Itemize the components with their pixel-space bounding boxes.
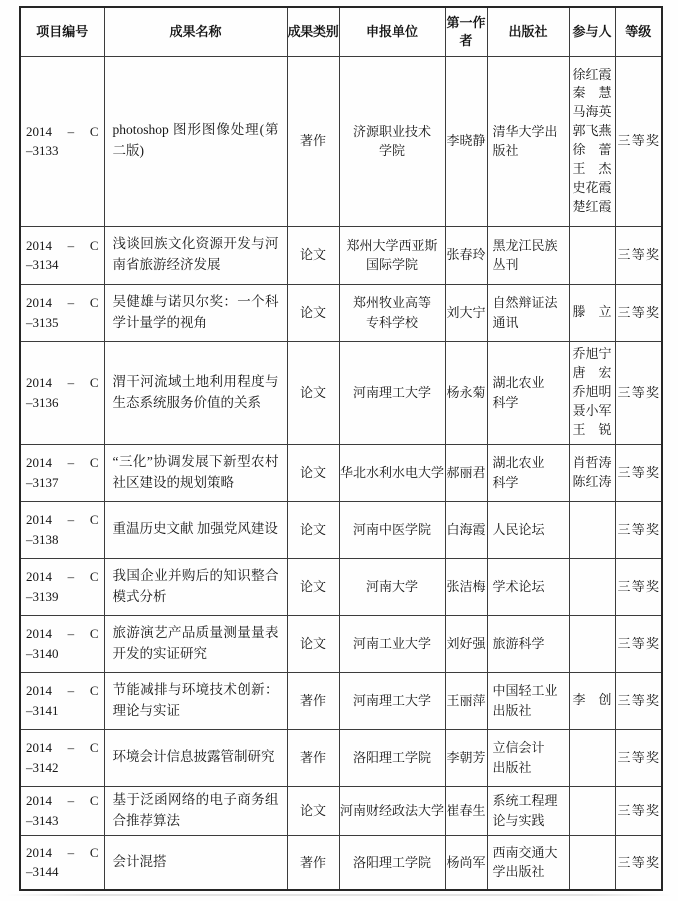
participant-name: 李创 xyxy=(572,691,613,710)
declaring-unit-cell: 河南中医学院 xyxy=(339,501,445,558)
achievement-name-cell: 吴健雄与诺贝尔奖：一个科学计量学的视角 xyxy=(104,284,287,341)
project-code-cell: 2014 – C –3144 xyxy=(20,835,104,890)
project-code-cell: 2014 – C –3140 xyxy=(20,615,104,672)
project-code-line2: –3144 xyxy=(26,862,99,882)
project-code-line1: 2014 – C xyxy=(26,681,99,701)
table-row: 2014 – C –3134 浅谈回族文化资源开发与河南省旅游经济发展 论文 郑… xyxy=(20,226,662,284)
achievement-name-cell: 节能减排与环境技术创新：理论与实证 xyxy=(104,672,287,729)
table-row: 2014 – C –3142 环境会计信息披露管制研究 著作 洛阳理工学院 李朝… xyxy=(20,729,662,786)
table-header: 项目编号 成果名称 成果类别 申报单位 第一作者 出版社 参与人 等级 xyxy=(20,7,662,56)
participants-cell: 肖哲涛陈红涛 xyxy=(569,444,615,501)
grade-cell: 三等奖 xyxy=(615,501,662,558)
project-code-cell: 2014 – C –3134 xyxy=(20,226,104,284)
header-row: 项目编号 成果名称 成果类别 申报单位 第一作者 出版社 参与人 等级 xyxy=(20,7,662,56)
participant-name: 徐蕾 xyxy=(572,141,613,160)
grade-cell: 三等奖 xyxy=(615,729,662,786)
participant-name: 王杰 xyxy=(572,160,613,179)
first-author-cell: 郝丽君 xyxy=(445,444,487,501)
achievement-category-cell: 论文 xyxy=(287,501,339,558)
first-author-cell: 刘大宁 xyxy=(445,284,487,341)
results-table-body: 2014 – C –3133 photoshop 图形图像处理(第二版) 著作 … xyxy=(20,56,662,890)
first-author-cell: 刘好强 xyxy=(445,615,487,672)
participants-cell: 徐红霞秦慧马海英郭飞燕徐蕾王杰史花霞楚红霞 xyxy=(569,56,615,226)
project-code-line2: –3138 xyxy=(26,530,99,550)
project-code-line2: –3141 xyxy=(26,701,99,721)
project-code-cell: 2014 – C –3139 xyxy=(20,558,104,615)
achievement-category-cell: 论文 xyxy=(287,444,339,501)
project-code-line2: –3140 xyxy=(26,644,99,664)
achievement-name-cell: 重温历史文献 加强党风建设 xyxy=(104,501,287,558)
first-author-cell: 白海霞 xyxy=(445,501,487,558)
participant-name: 肖哲涛 xyxy=(572,454,613,473)
participant-name: 唐宏 xyxy=(572,364,613,383)
declaring-unit-cell: 华北水利水电大学 xyxy=(339,444,445,501)
achievement-category-cell: 论文 xyxy=(287,284,339,341)
project-code-cell: 2014 – C –3136 xyxy=(20,341,104,444)
achievement-name-cell: 渭干河流域土地利用程度与生态系统服务价值的关系 xyxy=(104,341,287,444)
publisher-cell: 湖北农业 科学 xyxy=(487,444,569,501)
declaring-unit-cell: 洛阳理工学院 xyxy=(339,729,445,786)
achievement-name-cell: 会计混搭 xyxy=(104,835,287,890)
project-code-cell: 2014 – C –3142 xyxy=(20,729,104,786)
achievement-category-cell: 论文 xyxy=(287,558,339,615)
project-code-line1: 2014 – C xyxy=(26,293,99,313)
first-author-cell: 李晓静 xyxy=(445,56,487,226)
participants-cell xyxy=(569,835,615,890)
table-row: 2014 – C –3143 基于泛函网络的电子商务组合推荐算法 论文 河南财经… xyxy=(20,786,662,835)
participant-name: 王锐 xyxy=(572,421,613,440)
project-code-cell: 2014 – C –3135 xyxy=(20,284,104,341)
project-code-line2: –3139 xyxy=(26,587,99,607)
project-code-line2: –3134 xyxy=(26,255,99,275)
grade-cell: 三等奖 xyxy=(615,672,662,729)
achievement-category-cell: 论文 xyxy=(287,786,339,835)
header-project-code: 项目编号 xyxy=(20,7,104,56)
first-author-cell: 张洁梅 xyxy=(445,558,487,615)
table-row: 2014 – C –3144 会计混搭 著作 洛阳理工学院 杨尚军 西南交通大 … xyxy=(20,835,662,890)
header-grade: 等级 xyxy=(615,7,662,56)
achievement-name-cell: 基于泛函网络的电子商务组合推荐算法 xyxy=(104,786,287,835)
publisher-cell: 立信会计 出版社 xyxy=(487,729,569,786)
project-code-line2: –3133 xyxy=(26,141,99,161)
participants-cell: 李创 xyxy=(569,672,615,729)
declaring-unit-cell: 河南理工大学 xyxy=(339,672,445,729)
project-code-line1: 2014 – C xyxy=(26,567,99,587)
results-table: 项目编号 成果名称 成果类别 申报单位 第一作者 出版社 参与人 等级 2014… xyxy=(19,6,663,891)
achievement-name-cell: photoshop 图形图像处理(第二版) xyxy=(104,56,287,226)
declaring-unit-cell: 河南理工大学 xyxy=(339,341,445,444)
header-participants: 参与人 xyxy=(569,7,615,56)
grade-cell: 三等奖 xyxy=(615,558,662,615)
first-author-cell: 杨尚军 xyxy=(445,835,487,890)
declaring-unit-cell: 河南财经政法大学 xyxy=(339,786,445,835)
header-achievement-name: 成果名称 xyxy=(104,7,287,56)
achievement-category-cell: 论文 xyxy=(287,615,339,672)
header-first-author: 第一作者 xyxy=(445,7,487,56)
publisher-cell: 中国轻工业 出版社 xyxy=(487,672,569,729)
document-page: 项目编号 成果名称 成果类别 申报单位 第一作者 出版社 参与人 等级 2014… xyxy=(0,0,678,901)
first-author-cell: 张春玲 xyxy=(445,226,487,284)
publisher-cell: 自然辩证法 通讯 xyxy=(487,284,569,341)
achievement-category-cell: 著作 xyxy=(287,672,339,729)
grade-cell: 三等奖 xyxy=(615,444,662,501)
participant-name: 秦慧 xyxy=(572,84,613,103)
first-author-cell: 王丽萍 xyxy=(445,672,487,729)
participants-cell xyxy=(569,558,615,615)
participants-cell xyxy=(569,615,615,672)
participant-name: 马海英 xyxy=(572,103,613,122)
grade-cell: 三等奖 xyxy=(615,284,662,341)
declaring-unit-cell: 河南大学 xyxy=(339,558,445,615)
table-row: 2014 – C –3135 吴健雄与诺贝尔奖：一个科学计量学的视角 论文 郑州… xyxy=(20,284,662,341)
table-row: 2014 – C –3137 “三化”协调发展下新型农村社区建设的规划策略 论文… xyxy=(20,444,662,501)
table-row: 2014 – C –3136 渭干河流域土地利用程度与生态系统服务价值的关系 论… xyxy=(20,341,662,444)
project-code-line1: 2014 – C xyxy=(26,738,99,758)
project-code-line2: –3136 xyxy=(26,393,99,413)
achievement-name-cell: 我国企业并购后的知识整合模式分析 xyxy=(104,558,287,615)
project-code-line2: –3135 xyxy=(26,313,99,333)
declaring-unit-cell: 郑州大学西亚斯 国际学院 xyxy=(339,226,445,284)
project-code-line2: –3137 xyxy=(26,473,99,493)
project-code-line1: 2014 – C xyxy=(26,791,99,811)
table-row: 2014 – C –3133 photoshop 图形图像处理(第二版) 著作 … xyxy=(20,56,662,226)
publisher-cell: 湖北农业 科学 xyxy=(487,341,569,444)
publisher-cell: 西南交通大 学出版社 xyxy=(487,835,569,890)
participant-name: 乔旭宁 xyxy=(572,345,613,364)
achievement-name-cell: 浅谈回族文化资源开发与河南省旅游经济发展 xyxy=(104,226,287,284)
participant-name: 乔旭明 xyxy=(572,383,613,402)
participants-cell xyxy=(569,501,615,558)
publisher-cell: 系统工程理 论与实践 xyxy=(487,786,569,835)
project-code-line1: 2014 – C xyxy=(26,843,99,863)
project-code-cell: 2014 – C –3137 xyxy=(20,444,104,501)
participants-cell xyxy=(569,786,615,835)
achievement-category-cell: 论文 xyxy=(287,341,339,444)
table-row: 2014 – C –3139 我国企业并购后的知识整合模式分析 论文 河南大学 … xyxy=(20,558,662,615)
project-code-line1: 2014 – C xyxy=(26,510,99,530)
header-publisher: 出版社 xyxy=(487,7,569,56)
declaring-unit-cell: 济源职业技术 学院 xyxy=(339,56,445,226)
first-author-cell: 崔春生 xyxy=(445,786,487,835)
declaring-unit-cell: 郑州牧业高等 专科学校 xyxy=(339,284,445,341)
participant-name: 徐红霞 xyxy=(572,66,613,85)
publisher-cell: 学术论坛 xyxy=(487,558,569,615)
grade-cell: 三等奖 xyxy=(615,786,662,835)
participant-name: 史花霞 xyxy=(572,179,613,198)
achievement-name-cell: “三化”协调发展下新型农村社区建设的规划策略 xyxy=(104,444,287,501)
project-code-line1: 2014 – C xyxy=(26,453,99,473)
participant-name: 聂小军 xyxy=(572,402,613,421)
achievement-category-cell: 著作 xyxy=(287,835,339,890)
participants-cell xyxy=(569,226,615,284)
achievement-name-cell: 环境会计信息披露管制研究 xyxy=(104,729,287,786)
scan-artifact-line xyxy=(6,894,672,896)
achievement-category-cell: 论文 xyxy=(287,226,339,284)
project-code-cell: 2014 – C –3143 xyxy=(20,786,104,835)
project-code-line1: 2014 – C xyxy=(26,373,99,393)
grade-cell: 三等奖 xyxy=(615,56,662,226)
grade-cell: 三等奖 xyxy=(615,835,662,890)
participant-name: 滕立 xyxy=(572,303,613,322)
publisher-cell: 黑龙江民族 丛刊 xyxy=(487,226,569,284)
project-code-line1: 2014 – C xyxy=(26,624,99,644)
achievement-name-cell: 旅游演艺产品质量测量量表开发的实证研究 xyxy=(104,615,287,672)
table-row: 2014 – C –3138 重温历史文献 加强党风建设 论文 河南中医学院 白… xyxy=(20,501,662,558)
publisher-cell: 人民论坛 xyxy=(487,501,569,558)
project-code-cell: 2014 – C –3141 xyxy=(20,672,104,729)
project-code-line1: 2014 – C xyxy=(26,122,99,142)
header-declaring-unit: 申报单位 xyxy=(339,7,445,56)
project-code-cell: 2014 – C –3138 xyxy=(20,501,104,558)
publisher-cell: 清华大学出 版社 xyxy=(487,56,569,226)
table-row: 2014 – C –3141 节能减排与环境技术创新：理论与实证 著作 河南理工… xyxy=(20,672,662,729)
project-code-cell: 2014 – C –3133 xyxy=(20,56,104,226)
table-row: 2014 – C –3140 旅游演艺产品质量测量量表开发的实证研究 论文 河南… xyxy=(20,615,662,672)
participant-name: 郭飞燕 xyxy=(572,122,613,141)
participants-cell: 乔旭宁唐宏乔旭明聂小军王锐 xyxy=(569,341,615,444)
participant-name: 楚红霞 xyxy=(572,198,613,217)
achievement-category-cell: 著作 xyxy=(287,729,339,786)
achievement-category-cell: 著作 xyxy=(287,56,339,226)
grade-cell: 三等奖 xyxy=(615,341,662,444)
declaring-unit-cell: 河南工业大学 xyxy=(339,615,445,672)
declaring-unit-cell: 洛阳理工学院 xyxy=(339,835,445,890)
header-achievement-category: 成果类别 xyxy=(287,7,339,56)
project-code-line2: –3143 xyxy=(26,811,99,831)
participants-cell xyxy=(569,729,615,786)
publisher-cell: 旅游科学 xyxy=(487,615,569,672)
project-code-line2: –3142 xyxy=(26,758,99,778)
participants-cell: 滕立 xyxy=(569,284,615,341)
participant-name: 陈红涛 xyxy=(572,473,613,492)
project-code-line1: 2014 – C xyxy=(26,236,99,256)
grade-cell: 三等奖 xyxy=(615,226,662,284)
first-author-cell: 李朝芳 xyxy=(445,729,487,786)
first-author-cell: 杨永菊 xyxy=(445,341,487,444)
grade-cell: 三等奖 xyxy=(615,615,662,672)
